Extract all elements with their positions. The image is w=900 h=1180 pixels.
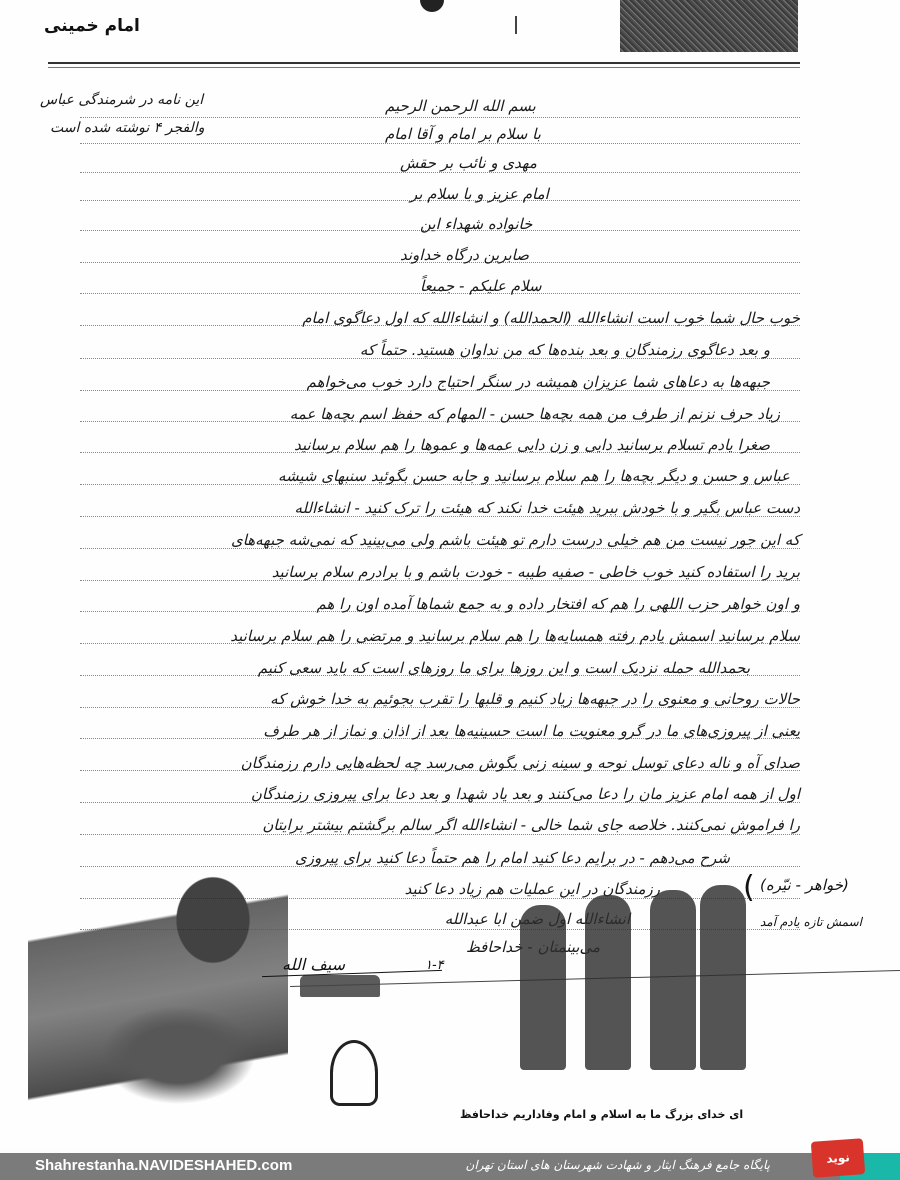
body-line: عباس و حسن و دیگر بچه‌ها را هم سلام برسا… <box>278 467 790 485</box>
body-line: دست عباس بگیر و با خودش ببرید هیئت خدا ن… <box>294 499 800 517</box>
footer-tagline: پایگاه جامع فرهنگ ایثار و شهادت شهرستان … <box>466 1158 770 1172</box>
opening-line: با سلام بر امام و آقا امام <box>385 125 541 143</box>
praying-soldier-photo <box>28 845 288 1115</box>
header-decoration <box>420 0 444 12</box>
margin-note-line-1: این نامه در شرمندگی عباس <box>40 92 203 108</box>
signature: سیف الله <box>282 955 345 974</box>
signature-date: ۱-۴ <box>425 958 444 973</box>
ruled-line <box>80 172 800 173</box>
body-line: را فراموش نمی‌کنند. خلاصه جای شما خالی -… <box>262 816 800 834</box>
body-line: خوب حال شما خوب است انشاءالله (الحمدالله… <box>302 309 800 327</box>
body-line: صدای آه و ناله دعای توسل نوحه و سینه زنی… <box>241 754 800 772</box>
body-line: برید را استفاده کنید خوب خاطی - صفیه طیب… <box>272 563 800 581</box>
soldiers-illustration <box>510 870 750 1070</box>
soldier-figure <box>700 885 746 1070</box>
emblem-icon <box>330 1040 378 1106</box>
margin-note-line-2: والفجر ۴ نوشته شده است <box>50 120 204 136</box>
opening-line: سلام علیکم - جمیعاً <box>420 277 542 295</box>
ruled-line <box>80 117 800 118</box>
header-tick <box>515 16 517 34</box>
opening-line: صابرین درگاه خداوند <box>400 246 529 264</box>
ruled-line <box>80 834 800 835</box>
opening-line: بسم الله الرحمن الرحیم <box>385 97 536 115</box>
navideshahed-logo[interactable]: نوید شاهد <box>811 1138 865 1178</box>
soldier-figure <box>585 895 631 1070</box>
header-rule <box>48 62 800 68</box>
body-line: بحمدالله حمله نزدیک است و این روزها برای… <box>258 659 750 677</box>
header-title: امام خمینی <box>44 16 140 36</box>
header-photo <box>620 0 798 52</box>
soldier-figure <box>520 905 566 1070</box>
body-line: سلام برسانید اسمش یادم رفته همسایه‌ها را… <box>230 627 800 645</box>
bracket-open: ( <box>743 870 755 905</box>
body-line: شرح می‌دهم - در برایم دعا کنید امام را ه… <box>295 849 730 867</box>
body-line: جبهه‌ها به دعاهای شما عزیزان همیشه در سن… <box>307 373 770 391</box>
print-caption: ای خدای بزرگ ما به اسلام و امام وفاداریم… <box>460 1108 743 1121</box>
footer-banner: Shahrestanha.NAVIDESHAHED.com پایگاه جام… <box>0 1153 900 1180</box>
opening-line: خانواده شهداء این <box>420 215 532 233</box>
ruled-line <box>80 143 800 144</box>
body-line: یعنی از پیروزی‌های ما در گرو معنویت ما ا… <box>263 722 800 740</box>
body-line: زیاد حرف نزنم از طرف من همه بچه‌ها حسن -… <box>290 405 780 423</box>
body-line: حالات روحانی و معنوی را در جبهه‌ها زیاد … <box>270 690 800 708</box>
soldier-figure <box>650 890 696 1070</box>
body-line: و اون خواهر حزب اللهی را هم که افتخار دا… <box>317 595 800 613</box>
letter-page: امام خمینی این نامه در شرمندگی عباس والف… <box>0 0 900 1146</box>
opening-line: مهدی و نائب بر حقش <box>400 154 537 172</box>
opening-line: امام عزیز و با سلام بر <box>410 185 549 203</box>
footer-url-link[interactable]: Shahrestanha.NAVIDESHAHED.com <box>35 1157 292 1174</box>
body-line: صغرا یادم تسلام برسانید دایی و زن دایی ع… <box>294 436 770 454</box>
body-line: و بعد دعاگوی رزمندگان و بعد بنده‌ها که م… <box>360 341 770 359</box>
side-note-sub: اسمش تازه یادم آمد <box>760 915 862 929</box>
body-line: که این جور نیست من هم خیلی درست دارم تو … <box>231 531 800 549</box>
body-line: اول از همه امام عزیز مان را دعا می‌کنند … <box>251 785 800 803</box>
side-note: (خواهر - نیّره) <box>760 876 849 894</box>
